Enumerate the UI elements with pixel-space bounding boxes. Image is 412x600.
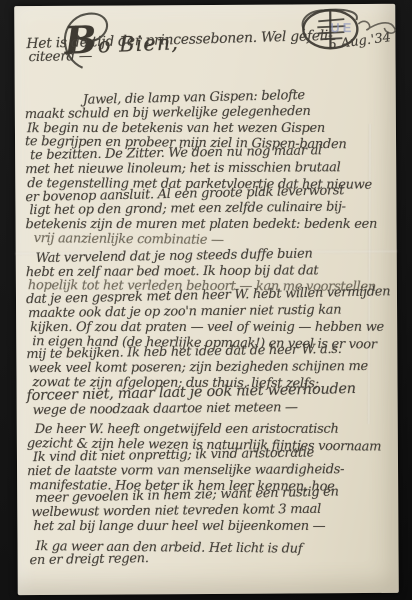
opening-lines: Het is de tijd der princessebonen. Wel g… — [26, 36, 394, 65]
handwritten-line: week veel komt poseren; zijn bezigheden … — [28, 360, 394, 376]
letter-paper: Bo Bien, UE 5 Aug.'34 Het is de tijd der… — [14, 4, 399, 595]
handwritten-line: wege de noodzaak daartoe niet meteen — — [33, 399, 395, 417]
handwritten-line: ligt het op den grond; met een zelfde cu… — [29, 200, 393, 218]
handwritten-line: hebt en zelf naar bed moet. Ik hoop bij … — [26, 263, 394, 279]
handwritten-line: het zal bij lange duur heel wel bijeenko… — [33, 520, 395, 534]
handwritten-line: maakte ook dat je op zoo'n manier niet r… — [28, 303, 394, 321]
handwritten-line: met het nieuwe linoleum; het is misschie… — [25, 161, 393, 177]
letter-body: Jawel, die lamp van Gispen: beloftemaakt… — [25, 92, 396, 568]
opening-line: citeerd — — [28, 45, 394, 65]
scanned-letter-photo: Bo Bien, UE 5 Aug.'34 Het is de tijd der… — [0, 0, 412, 600]
handwritten-line: kijken. Of zou dat praten — veel of wein… — [30, 321, 394, 335]
handwritten-line: niet de laatste vorm van menselijke waar… — [27, 463, 395, 479]
handwritten-line: De heer W. heeft ongetwijfeld een aristo… — [35, 423, 395, 437]
handwritten-line: betekenis zijn de muren met platen bedek… — [26, 218, 394, 232]
handwritten-line: welbewust worden niet tevreden komt 3 ma… — [31, 502, 395, 520]
handwritten-line: Ik begin nu de betekenis van het wezen G… — [27, 121, 393, 135]
handwritten-line: maakt schuld en bij werkelijke gelegenhe… — [25, 104, 393, 122]
